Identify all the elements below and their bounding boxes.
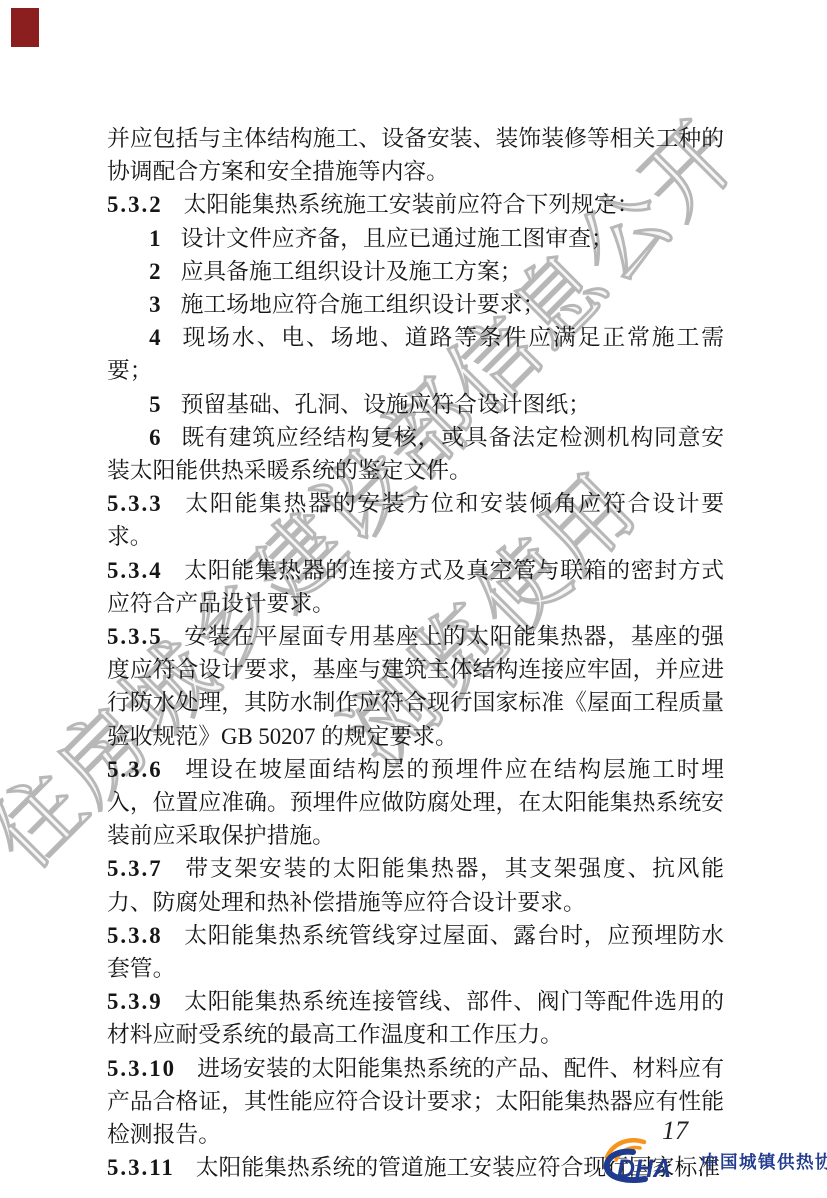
- sub-item: 3施工场地应符合施工组织设计要求；: [107, 288, 724, 321]
- sub-item: 5预留基础、孔洞、设施应符合设计图纸；: [107, 388, 724, 421]
- association-logo: DHA 中国城镇供热协会: [599, 1136, 827, 1186]
- clause-text: 进场安装的太阳能集热系统的产品、配件、材料应有产品合格证，其性能应符合设计要求；…: [107, 1056, 724, 1147]
- corner-red-mark: [11, 8, 39, 47]
- clause-text: 安装在平屋面专用基座上的太阳能集热器，基座的强度应符合设计要求，基座与建筑主体结…: [107, 624, 724, 749]
- clause-paragraph: 5.3.3太阳能集热器的安装方位和安装倾角应符合设计要求。: [107, 487, 724, 553]
- sub-item: 6既有建筑应经结构复核，或具备法定检测机构同意安装太阳能供热采暖系统的鉴定文件。: [107, 421, 724, 487]
- clause-paragraph: 5.3.6埋设在坡屋面结构层的预埋件应在结构层施工时埋入，位置应准确。预埋件应做…: [107, 753, 724, 853]
- paragraph: 并应包括与主体结构施工、设备安装、装饰装修等相关工种的协调配合方案和安全措施等内…: [107, 122, 724, 188]
- clause-text: 太阳能集热系统管线穿过屋面、露台时，应预埋防水套管。: [107, 923, 724, 981]
- clause-text: 现场水、电、场地、道路等条件应满足正常施工需要；: [107, 325, 724, 383]
- clause-number: 5.3.8: [107, 923, 163, 948]
- clause-number: 5.3.5: [107, 624, 163, 649]
- clause-number: 5.3.10: [107, 1056, 176, 1081]
- clause-text: 太阳能集热器的安装方位和安装倾角应符合设计要求。: [107, 491, 724, 549]
- clause-paragraph: 5.3.9太阳能集热系统连接管线、部件、阀门等配件选用的材料应耐受系统的最高工作…: [107, 985, 724, 1051]
- clause-text: 既有建筑应经结构复核，或具备法定检测机构同意安装太阳能供热采暖系统的鉴定文件。: [107, 425, 724, 483]
- clause-paragraph: 5.3.7带支架安装的太阳能集热器，其支架强度、抗风能力、防腐处理和热补偿措施等…: [107, 852, 724, 918]
- clause-text: 太阳能集热器的连接方式及真空管与联箱的密封方式应符合产品设计要求。: [107, 558, 724, 616]
- sub-item: 4现场水、电、场地、道路等条件应满足正常施工需要；: [107, 321, 724, 387]
- clause-number: 5.3.2: [107, 192, 163, 217]
- clause-number: 5: [149, 392, 160, 417]
- clause-text: 并应包括与主体结构施工、设备安装、装饰装修等相关工种的协调配合方案和安全措施等内…: [107, 126, 724, 184]
- clause-number: 5.3.3: [107, 491, 163, 516]
- dha-letters: DHA: [617, 1155, 671, 1183]
- clause-text: 设计文件应齐备，且应已通过施工图审查；: [181, 226, 614, 251]
- clause-text: 带支架安装的太阳能集热器，其支架强度、抗风能力、防腐处理和热补偿措施等应符合设计…: [107, 856, 724, 914]
- sub-item: 2应具备施工组织设计及施工方案；: [107, 255, 724, 288]
- clause-number: 3: [149, 292, 160, 317]
- clause-paragraph: 5.3.8太阳能集热系统管线穿过屋面、露台时，应预埋防水套管。: [107, 919, 724, 985]
- clause-number: 2: [149, 259, 160, 284]
- sub-item: 1设计文件应齐备，且应已通过施工图审查；: [107, 222, 724, 255]
- clause-number: 5.3.4: [107, 558, 163, 583]
- clause-number: 5.3.11: [107, 1155, 175, 1180]
- association-name: 中国城镇供热协会: [701, 1149, 827, 1174]
- clause-text: 应具备施工组织设计及施工方案；: [181, 259, 523, 284]
- dha-logo-icon: DHA: [599, 1136, 695, 1186]
- clause-number: 5.3.7: [107, 856, 163, 881]
- clause-number: 6: [149, 425, 160, 450]
- clause-number: 5.3.6: [107, 757, 163, 782]
- clause-number: 5.3.9: [107, 989, 163, 1014]
- document-text-block: 并应包括与主体结构施工、设备安装、装饰装修等相关工种的协调配合方案和安全措施等内…: [107, 122, 724, 1185]
- clause-text: 太阳能集热系统连接管线、部件、阀门等配件选用的材料应耐受系统的最高工作温度和工作…: [107, 989, 724, 1047]
- document-page: 住房城乡建设部信息公开 浏览使用 并应包括与主体结构施工、设备安装、装饰装修等相…: [0, 0, 827, 1198]
- clause-number: 4: [149, 325, 160, 350]
- clause-paragraph: 5.3.2太阳能集热系统施工安装前应符合下列规定：: [107, 188, 724, 221]
- clause-paragraph: 5.3.5安装在平屋面专用基座上的太阳能集热器，基座的强度应符合设计要求，基座与…: [107, 620, 724, 753]
- clause-number: 1: [149, 226, 160, 251]
- clause-text: 埋设在坡屋面结构层的预埋件应在结构层施工时埋入，位置应准确。预埋件应做防腐处理，…: [107, 757, 724, 848]
- clause-text: 预留基础、孔洞、设施应符合设计图纸；: [181, 392, 591, 417]
- clause-text: 施工场地应符合施工组织设计要求；: [181, 292, 546, 317]
- clause-text: 太阳能集热系统施工安装前应符合下列规定：: [184, 192, 640, 217]
- clause-paragraph: 5.3.4太阳能集热器的连接方式及真空管与联箱的密封方式应符合产品设计要求。: [107, 554, 724, 620]
